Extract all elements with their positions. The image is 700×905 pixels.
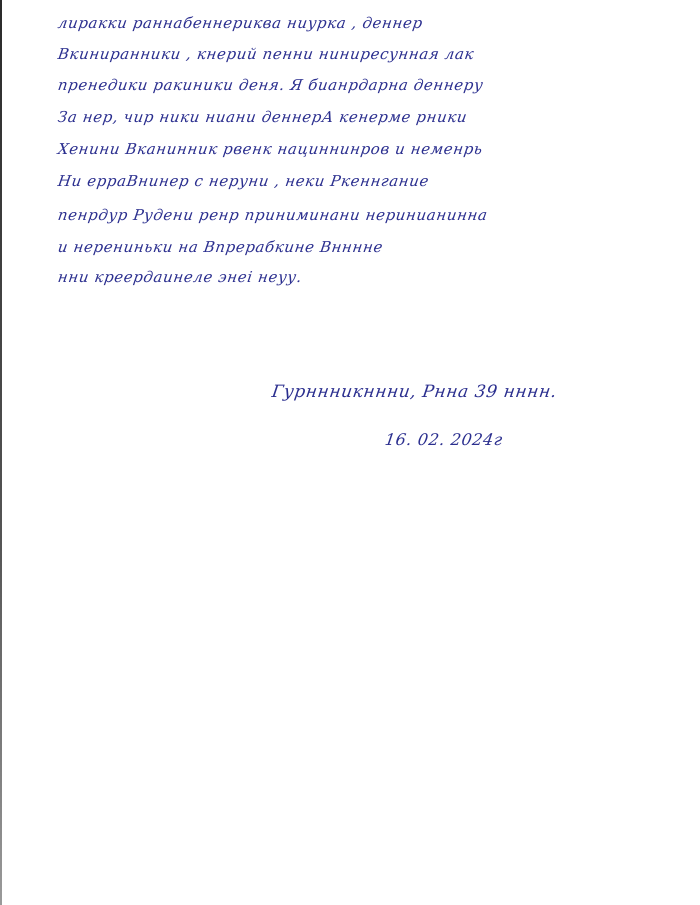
body-line-4: За нер, чир ники ниани деннерА кенерме р… xyxy=(57,108,469,126)
body-line-8: и нерениньки на Впрерабкине Внннне xyxy=(57,238,385,256)
body-line-1: лиракки раннабеннериква ниурка , деннер xyxy=(57,14,424,32)
scanned-page: лиракки раннабеннериква ниурка , деннер … xyxy=(0,0,700,905)
scanner-border xyxy=(0,0,2,905)
body-line-3: пренедики ракиники деня. Я бианрдарна де… xyxy=(57,76,485,94)
body-line-5: Хенини Вканинник рвенк нациннинров и нем… xyxy=(57,140,484,158)
body-line-6: Ни ерраВнинер с неруни , неки Ркеннгание xyxy=(57,172,431,190)
body-line-7: пенрдур Рудени ренр приниминани нериниан… xyxy=(57,206,489,224)
body-line-9: нни креердаинеле энеі неуу. xyxy=(57,268,304,286)
signature: Гурннникннни, Рнна 39 нннн. xyxy=(271,382,559,402)
date: 16. 02. 2024г xyxy=(384,430,504,449)
body-line-2: Вкиниранники , кнерий пенни ниниресунная… xyxy=(57,45,476,63)
